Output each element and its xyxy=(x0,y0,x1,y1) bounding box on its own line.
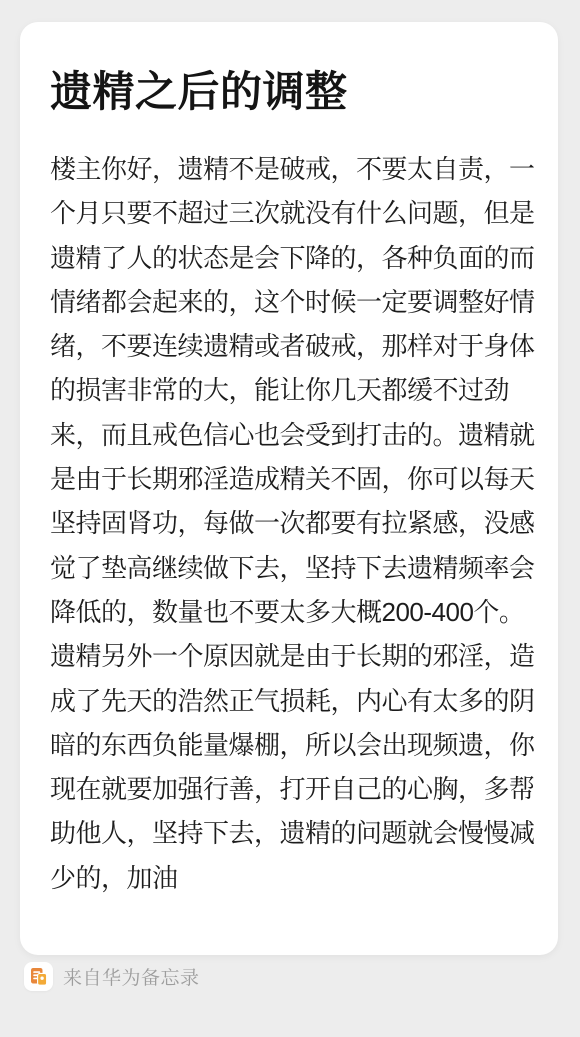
note-body-line: 来，而且戒色信心也会受到打击的。遗精就 xyxy=(50,413,532,457)
note-body-line: 遗精另外一个原因就是由于长期的邪淫，造 xyxy=(50,634,532,678)
note-body-line: 个月只要不超过三次就没有什么问题，但是 xyxy=(50,191,532,235)
huawei-memo-icon xyxy=(24,962,53,991)
note-body-line: 绪，不要连续遗精或者破戒，那样对于身体 xyxy=(50,324,532,368)
note-body-line: 助他人，坚持下去，遗精的问题就会慢慢减 xyxy=(50,811,532,855)
note-body-line: 坚持固肾功，每做一次都要有拉紧感，没感 xyxy=(50,501,532,545)
note-title: 遗精之后的调整 xyxy=(50,64,532,120)
note-body-line: 现在就要加强行善，打开自己的心胸，多帮 xyxy=(50,767,532,811)
note-body-line: 暗的东西负能量爆棚，所以会出现频遗，你 xyxy=(50,723,532,767)
note-card: 遗精之后的调整 楼主你好，遗精不是破戒，不要太自责，一个月只要不超过三次就没有什… xyxy=(20,22,558,955)
note-body-line: 觉了垫高继续做下去，坚持下去遗精频率会 xyxy=(50,546,532,590)
note-body-line: 成了先天的浩然正气损耗，内心有太多的阴 xyxy=(50,679,532,723)
share-footer: 来自华为备忘录 xyxy=(24,961,200,991)
note-body-line: 是由于长期邪淫造成精关不固，你可以每天 xyxy=(50,457,532,501)
note-body: 楼主你好，遗精不是破戒，不要太自责，一个月只要不超过三次就没有什么问题，但是遗精… xyxy=(50,147,532,900)
note-body-line: 情绪都会起来的，这个时候一定要调整好情 xyxy=(50,280,532,324)
note-body-line: 楼主你好，遗精不是破戒，不要太自责，一 xyxy=(50,147,532,191)
note-body-line: 遗精了人的状态是会下降的，各种负面的而 xyxy=(50,236,532,280)
share-source-label: 来自华为备忘录 xyxy=(63,963,200,990)
memo-icon-glyph xyxy=(24,962,53,991)
note-body-line: 的损害非常的大，能让你几天都缓不过劲 xyxy=(50,368,532,412)
note-body-line: 降低的，数量也不要太多大概200-400个。 xyxy=(50,590,532,634)
note-body-line: 少的，加油 xyxy=(50,856,532,900)
